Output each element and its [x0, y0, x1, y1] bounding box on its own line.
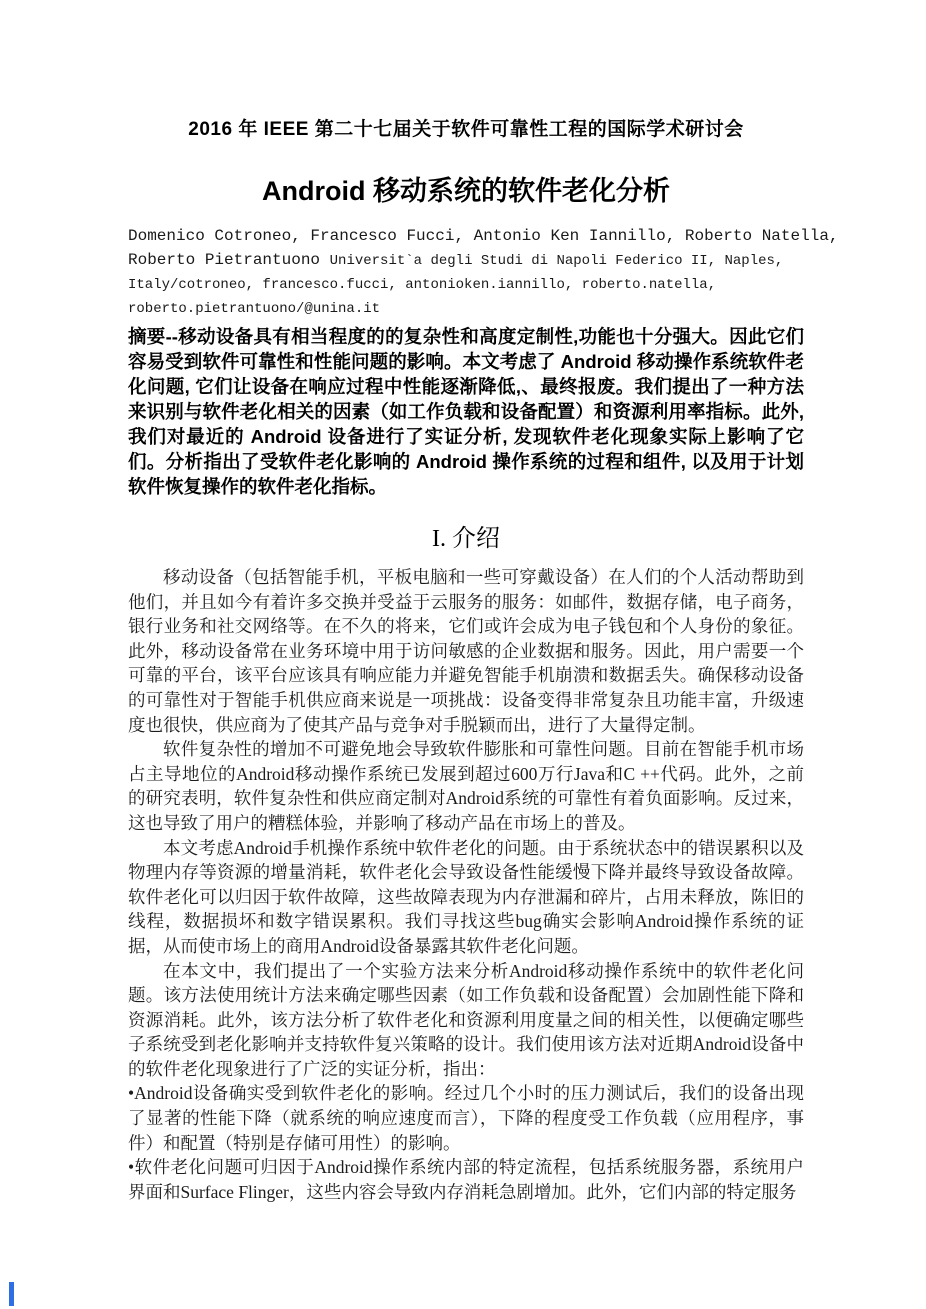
bullet-item: •Android设备确实受到软件老化的影响。经过几个小时的压力测试后，我们的设备…: [128, 1081, 804, 1155]
author-name: Roberto Pietrantuono: [128, 251, 330, 269]
body-paragraph: 本文考虑Android手机操作系统中软件老化的问题。由于系统状态中的错误累积以及…: [128, 836, 804, 959]
cursor-mark: [9, 1282, 14, 1306]
affiliation: Universit`a degli Studi di Napoli Federi…: [330, 253, 784, 269]
body-paragraph: 移动设备（包括智能手机，平板电脑和一些可穿戴设备）在人们的个人活动帮助到他们，并…: [128, 565, 804, 737]
body-paragraph: 软件复杂性的增加不可避免地会导致软件膨胀和可靠性问题。目前在智能手机市场占主导地…: [128, 737, 804, 835]
bullet-item: •软件老化问题可归因于Android操作系统内部的特定流程，包括系统服务器，系统…: [128, 1155, 804, 1204]
conference-header: 2016 年 IEEE 第二十七届关于软件可靠性工程的国际学术研讨会: [128, 118, 804, 142]
abstract-paragraph: 摘要--移动设备具有相当程度的的复杂性和高度定制性,功能也十分强大。因此它们容易…: [128, 324, 804, 499]
authors-line-1: Domenico Cotroneo, Francesco Fucci, Anto…: [128, 224, 804, 248]
paper-title: Android 移动系统的软件老化分析: [128, 174, 804, 208]
section-heading-introduction: I. 介绍: [128, 523, 804, 555]
authors-block: Domenico Cotroneo, Francesco Fucci, Anto…: [128, 224, 804, 321]
authors-line-3: Italy/cotroneo, francesco.fucci, antonio…: [128, 273, 804, 297]
page-content: 2016 年 IEEE 第二十七届关于软件可靠性工程的国际学术研讨会 Andro…: [128, 118, 804, 1204]
introduction-body: 移动设备（包括智能手机，平板电脑和一些可穿戴设备）在人们的个人活动帮助到他们，并…: [128, 565, 804, 1204]
authors-email: roberto.pietrantuono/@unina.it: [128, 297, 804, 321]
authors-line-2: Roberto Pietrantuono Universit`a degli S…: [128, 248, 804, 273]
document-page: 2016 年 IEEE 第二十七届关于软件可靠性工程的国际学术研讨会 Andro…: [0, 0, 926, 1309]
body-paragraph: 在本文中，我们提出了一个实验方法来分析Android移动操作系统中的软件老化问题…: [128, 959, 804, 1082]
